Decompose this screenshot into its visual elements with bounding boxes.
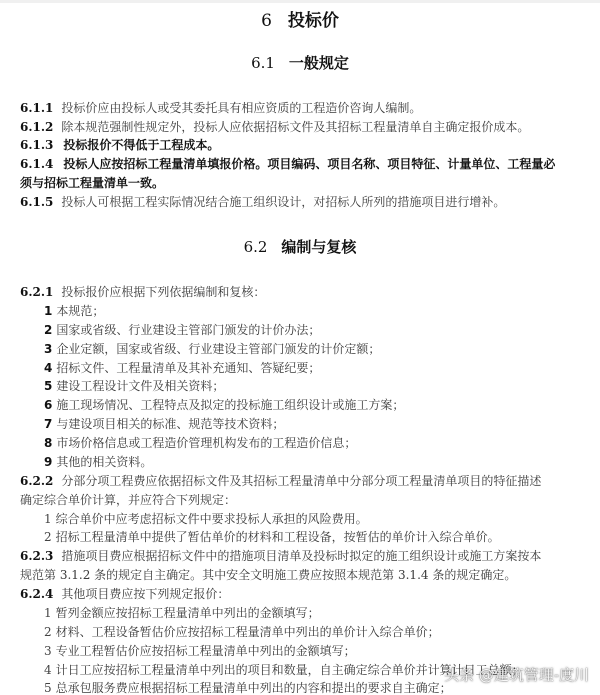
watermark: 头条 @建筑管理-度川 [444,664,589,685]
clause-text: 投标报价应根据下列依据编制和复核： [61,285,265,299]
clause-6-1-4: 6.1.4投标人应按招标工程量清单填报价格。项目编码、项目名称、项目特征、计量单… [20,156,585,172]
clause-6-1-5: 6.1.5投标人可根据工程实际情况结合施工组织设计，对招标人所列的措施项目进行增… [20,194,585,210]
clause-number: 6.1.4 [20,157,53,171]
clause-text: 投标人可根据工程实际情况结合施工组织设计，对招标人所列的措施项目进行增补。 [61,195,505,209]
page-top-edge [0,0,600,3]
list-item: 7与建设项目相关的标准、规范等技术资料； [44,416,600,432]
item-number: 5 [44,379,52,393]
list-item: 6施工现场情况、工程特点及拟定的投标施工组织设计或施工方案； [44,397,600,413]
clause-text: 投标价应由投标人或受其委托具有相应资质的工程造价咨询人编制。 [61,101,421,115]
list-item: 1本规范； [44,303,600,319]
list-item: 8市场价格信息或工程造价管理机构发布的工程造价信息； [44,435,600,451]
section-title-text: 一般规定 [289,54,349,72]
section-title-text: 编制与复核 [281,238,356,256]
chapter-number: 6 [261,11,272,31]
item-text: 建设工程设计文件及相关资料； [56,379,224,393]
clause-text: 投标报价不得低于工程成本。 [63,138,219,152]
list-item: 1暂列金额应按招标工程量清单中列出的金额填写； [44,605,600,621]
clause-text: 确定综合单价计算，并应符合下列规定： [20,493,236,507]
section-number: 6.1 [251,54,275,72]
clause-6-2-2: 6.2.2分部分项工程费应依据招标文件及其招标工程量清单中分部分项工程量清单项目… [20,473,585,489]
clause-number: 6.1.5 [20,195,53,209]
clause-6-1-3: 6.1.3投标报价不得低于工程成本。 [20,137,585,153]
clause-6-2-3: 6.2.3措施项目费应根据招标文件中的措施项目清单及投标时拟定的施工组织设计或施… [20,548,585,564]
item-text: 专业工程暂估价应按招标工程量清单中列出的金额填写； [56,644,356,658]
item-number: 9 [44,455,52,469]
item-number: 2 [44,530,52,544]
item-text: 招标文件、工程量清单及其补充通知、答疑纪要； [56,361,320,375]
item-number: 3 [44,644,52,658]
list-item: 9其他的相关资料。 [44,454,600,470]
item-number: 7 [44,417,52,431]
clause-text: 投标人应按招标工程量清单填报价格。项目编码、项目名称、项目特征、计量单位、工程量… [63,157,555,171]
item-number: 4 [44,663,52,677]
item-number: 2 [44,625,52,639]
item-text: 国家或省级、行业建设主管部门颁发的计价办法； [56,323,320,337]
item-text: 总承包服务费应根据招标工程量清单中列出的内容和提出的要求自主确定； [56,681,452,695]
chapter-title: 6投标价 [0,6,600,31]
list-item: 5建设工程设计文件及相关资料； [44,378,600,394]
list-item: 2国家或省级、行业建设主管部门颁发的计价办法； [44,322,600,338]
item-number: 3 [44,342,52,356]
item-number: 5 [44,681,52,695]
section-number: 6.2 [244,238,268,256]
item-text: 本规范； [56,304,104,318]
list-item: 3专业工程暂估价应按招标工程量清单中列出的金额填写； [44,643,600,659]
item-text: 招标工程量清单中提供了暂估单价的材料和工程设备，按暂估的单价计入综合单价。 [56,530,500,544]
item-text: 市场价格信息或工程造价管理机构发布的工程造价信息； [56,436,356,450]
clause-text: 分部分项工程费应依据招标文件及其招标工程量清单中分部分项工程量清单项目的特征描述 [61,474,541,488]
clause-number: 6.1.3 [20,138,53,152]
item-text: 材料、工程设备暂估价应按招标工程量清单中列出的单价计入综合单价； [56,625,440,639]
clause-text: 除本规范强制性规定外，投标人应依据招标文件及其招标工程量清单自主确定报价成本。 [61,120,529,134]
clause-6-2-3-continuation: 规范第 3.1.2 条的规定自主确定。其中安全文明施工费应按照本规范第 3.1.… [20,567,585,583]
clause-number: 6.2.3 [20,549,53,563]
item-text: 企业定额，国家或省级、行业建设主管部门颁发的计价定额； [56,342,380,356]
clause-6-2-2-continuation: 确定综合单价计算，并应符合下列规定： [20,492,585,508]
list-item: 1综合单价中应考虑招标文件中要求投标人承担的风险费用。 [44,511,600,527]
clause-6-1-2: 6.1.2除本规范强制性规定外，投标人应依据招标文件及其招标工程量清单自主确定报… [20,119,585,135]
item-number: 4 [44,361,52,375]
item-number: 1 [44,606,52,620]
item-number: 8 [44,436,52,450]
clause-number: 6.1.2 [20,120,53,134]
item-text: 综合单价中应考虑招标文件中要求投标人承担的风险费用。 [56,512,368,526]
clause-text: 其他项目费应按下列规定报价： [61,587,229,601]
clause-number: 6.2.1 [20,285,53,299]
item-number: 6 [44,398,52,412]
chapter-title-text: 投标价 [288,11,339,31]
clause-6-2-4: 6.2.4其他项目费应按下列规定报价： [20,586,585,602]
item-number: 2 [44,323,52,337]
list-item: 4招标文件、工程量清单及其补充通知、答疑纪要； [44,360,600,376]
clause-text: 须与招标工程量清单一致。 [20,176,164,190]
item-text: 暂列金额应按招标工程量清单中列出的金额填写； [56,606,320,620]
clause-6-2-1: 6.2.1投标报价应根据下列依据编制和复核： [20,284,585,300]
clause-number: 6.2.4 [20,587,53,601]
clause-number: 6.1.1 [20,101,53,115]
item-number: 1 [44,512,52,526]
item-text: 与建设项目相关的标准、规范等技术资料； [56,417,284,431]
item-text: 其他的相关资料。 [56,455,152,469]
clause-text: 规范第 3.1.2 条的规定自主确定。其中安全文明施工费应按照本规范第 3.1.… [20,568,516,582]
section-title-6-2: 6.2编制与复核 [0,236,600,257]
section-title-6-1: 6.1一般规定 [0,52,600,73]
clause-text: 措施项目费应根据招标文件中的措施项目清单及投标时拟定的施工组织设计或施工方案按本 [61,549,541,563]
clause-number: 6.2.2 [20,474,53,488]
list-item: 2材料、工程设备暂估价应按招标工程量清单中列出的单价计入综合单价； [44,624,600,640]
item-text: 施工现场情况、工程特点及拟定的投标施工组织设计或施工方案； [56,398,404,412]
clause-6-1-4-continuation: 须与招标工程量清单一致。 [20,175,585,191]
item-number: 1 [44,304,52,318]
list-item: 2招标工程量清单中提供了暂估单价的材料和工程设备，按暂估的单价计入综合单价。 [44,529,600,545]
list-item: 3企业定额，国家或省级、行业建设主管部门颁发的计价定额； [44,341,600,357]
clause-6-1-1: 6.1.1投标价应由投标人或受其委托具有相应资质的工程造价咨询人编制。 [20,100,585,116]
